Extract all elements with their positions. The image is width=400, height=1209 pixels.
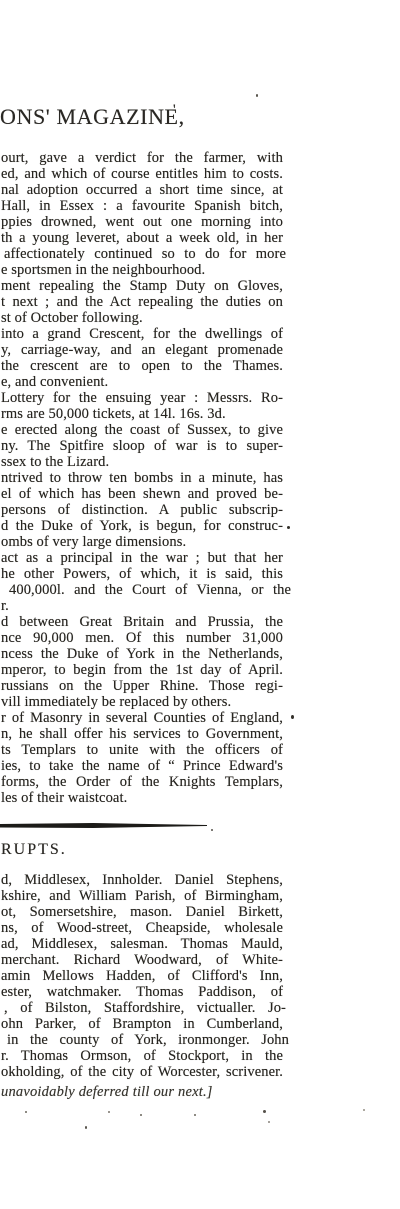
text-line: Hall, in Essex : a favourite Spanish bit… [1,198,283,214]
text-line: r of Masonry in several Counties of Engl… [1,710,283,726]
text-line: act as a principal in the war ; but that… [1,550,283,566]
ink-speck [211,829,213,831]
text-line: , of Bilston, Staffordshire, victualler.… [1,1000,286,1016]
text-line: ncess the Duke of York in the Netherland… [1,646,283,662]
text-line: 400,000l. and the Court of Vienna, or th… [1,582,291,598]
deferred-note: unavoidably deferred till our next.] [1,1084,213,1101]
text-line: nce 90,000 men. Of this number 31,000 [1,630,283,646]
text-line: ed, and which of course entitles him to … [1,166,283,182]
ink-speck [263,1110,266,1113]
bankrupts-list-column: d, Middlesex, Innholder. Daniel Stephens… [1,872,289,1080]
text-line: ombs of very large dimensions. [1,534,283,550]
text-line: okholding, of the city of Worcester, scr… [1,1064,283,1080]
text-line: e erected along the coast of Sussex, to … [1,422,283,438]
text-line: kshire, and William Parish, of Birmingha… [1,888,283,904]
text-line: d the Duke of York, is begun, for constr… [1,518,283,534]
text-line: into a grand Crescent, for the dwellings… [1,326,283,342]
text-line: t next ; and the Act repealing the dutie… [1,294,283,310]
text-line: ohn Parker, of Brampton in Cumberland, [1,1016,283,1032]
text-line: les of their waistcoat. [1,790,283,806]
ink-speck [85,1126,87,1129]
ink-speck [108,1111,110,1113]
text-line: vill immediately be replaced by others. [1,694,283,710]
text-line: ts Templars to unite with the officers o… [1,742,283,758]
text-line: d, Middlesex, Innholder. Daniel Stephens… [1,872,283,888]
ink-speck [194,1114,196,1116]
ink-speck [363,1109,365,1111]
text-line: y, carriage-way, and an elegant promenad… [1,342,283,358]
masthead-title: ONS' MAGAZINE, [0,104,185,130]
text-line: in the county of York, ironmonger. John [1,1032,289,1048]
ink-speck [140,1114,142,1116]
text-line: th a young leveret, about a week old, in… [1,230,283,246]
text-line: d between Great Britain and Prussia, the [1,614,283,630]
text-line: nal adoption occurred a short time since… [1,182,283,198]
text-line: ssex to the Lizard. [1,454,283,470]
text-line: ad, Middlesex, salesman. Thomas Mauld, [1,936,283,952]
text-line: r. Thomas Ormson, of Stockport, in the [1,1048,283,1064]
ink-speck [291,715,294,719]
text-line: ot, Somersetshire, mason. Daniel Birkett… [1,904,283,920]
text-line: e sportsmen in the neighbourhood. [1,262,283,278]
text-line: ntrived to throw ten bombs in a minute, … [1,470,283,486]
text-line: forms, the Order of the Knights Templars… [1,774,283,790]
text-line: e, and convenient. [1,374,283,390]
text-line: n, he shall offer his services to Govern… [1,726,283,742]
text-line: el of which has been shewn and proved be… [1,486,283,502]
text-line: r. [1,598,283,614]
text-line: st of October following. [1,310,283,326]
text-line: mperor, to begin from the 1st day of Apr… [1,662,283,678]
stray-quote-mark: ' [173,102,176,119]
section-divider-rule [0,823,207,828]
text-line: the crescent are to open to the Thames. [1,358,283,374]
text-line: ment repealing the Stamp Duty on Gloves, [1,278,283,294]
ink-speck [256,94,258,97]
text-line: ies, to take the name of “ Prince Edward… [1,758,283,774]
text-line: affectionately continued so to do for mo… [1,246,286,262]
text-line: russians on the Upper Rhine. Those regi- [1,678,283,694]
magazine-page-scan: ONS' MAGAZINE, ' ourt, gave a verdict fo… [0,0,400,1209]
ink-speck [287,526,290,529]
ink-speck [268,1121,270,1123]
text-line: rms are 50,000 tickets, at 14l. 16s. 3d. [1,406,283,422]
text-line: persons of distinction. A public subscri… [1,502,283,518]
text-line: Lottery for the ensuing year : Messrs. R… [1,390,283,406]
text-line: he other Powers, of which, it is said, t… [1,566,283,582]
text-line: ppies drowned, went out one morning into [1,214,283,230]
text-line: merchant. Richard Woodward, of White- [1,952,283,968]
text-line: ourt, gave a verdict for the farmer, wit… [1,150,283,166]
text-line: ester, watchmaker. Thomas Paddison, of [1,984,283,1000]
bankrupts-heading: RUPTS. [1,841,67,859]
text-line: ns, of Wood-street, Cheapside, wholesale [1,920,283,936]
ink-speck [25,1111,27,1113]
text-line: ny. The Spitfire sloop of war is to supe… [1,438,283,454]
news-text-column: ourt, gave a verdict for the farmer, wit… [1,150,291,806]
text-line: amin Mellows Hadden, of Clifford's Inn, [1,968,283,984]
